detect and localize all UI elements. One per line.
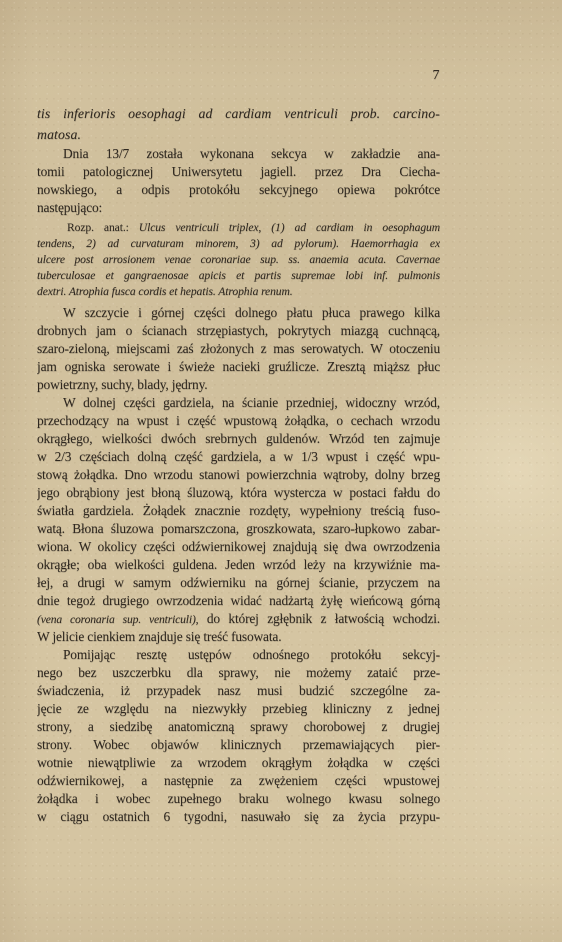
text-segment: odźwiernikowej, a następnie za zwężeniem… — [37, 773, 440, 788]
text-segment: strony, a siedzibę anatomiczną sprawy ch… — [37, 719, 440, 734]
text-line: Pomijając resztę ustępów odnośnego proto… — [37, 646, 440, 664]
text-line: przechodzący na wpust i część wpustową ż… — [37, 412, 440, 430]
text-segment: Dnia 13/7 została wykonana sekcya w zakł… — [63, 146, 440, 161]
text-line: szaro-zieloną, miejscami zaś złożonych z… — [37, 340, 440, 358]
text-segment: W jelicie cienkiem znajduje się treść fu… — [37, 629, 281, 644]
paragraph: W szczycie i górnej części dolnego płatu… — [37, 304, 440, 394]
text-line: Rozp. anat.: Ulcus ventriculi triplex, (… — [37, 220, 440, 236]
text-segment: nowskiego, a odpis protokółu sekcyjnego … — [37, 182, 440, 197]
text-segment: strony. Wobec objawów klinicznych przema… — [37, 737, 440, 752]
text-segment: watą. Błona śluzowa pomarszczona, groszk… — [37, 521, 440, 536]
text-segment: powietrzny, suchy, blady, jędrny. — [37, 377, 207, 392]
text-line: wotnie niewątpliwie za wrzodem okrągłym … — [37, 754, 440, 772]
text-line: tis inferioris oesophagi ad cardiam vent… — [37, 103, 440, 124]
text-segment: W dolnej części gardziela, na ścianie pr… — [63, 395, 440, 410]
text-segment: dnie tegoż drugiego owrzodzenia widać na… — [37, 593, 440, 608]
text-line: w ciągu ostatnich 6 tygodni, nasuwało si… — [37, 808, 440, 826]
text-line: strony, a siedzibę anatomiczną sprawy ch… — [37, 718, 440, 736]
text-line: odźwiernikowej, a następnie za zwężeniem… — [37, 772, 440, 790]
text-segment: tomii patologicznej Uniwersytetu jagiell… — [37, 164, 440, 179]
text-segment: W szczycie i górnej części dolnego płatu… — [63, 305, 440, 320]
text-segment: jego obrąbiony jest błoną śluzową, która… — [37, 485, 440, 500]
text-line: watą. Błona śluzowa pomarszczona, groszk… — [37, 520, 440, 538]
text-segment: do której zgłębnik z łatwością wchodzi. — [198, 611, 440, 626]
text-segment: jęcie ze względu na niezwykły przebieg k… — [37, 701, 440, 716]
text-line: powietrzny, suchy, blady, jędrny. — [37, 376, 440, 394]
text-segment: okrągłe; oba wielkości guldena. Jeden wr… — [37, 557, 440, 572]
text-block: tis inferioris oesophagi ad cardiam vent… — [37, 103, 440, 826]
text-line: jego obrąbiony jest błoną śluzową, która… — [37, 484, 440, 502]
text-line: dextri. Atrophia fusca cordis et hepatis… — [37, 284, 440, 300]
text-line: żołądka i wobec zupełnego braku wolnego … — [37, 790, 440, 808]
text-segment: łej, a drugi w samym odźwierniku na górn… — [37, 575, 440, 590]
text-segment: w 2/3 częściach dolną część gardziela, a… — [37, 449, 440, 464]
text-segment: tuberculosae et gangraenosae apicis et p… — [37, 269, 440, 282]
text-line: okrągłego, wielkości dwóch srebrnych gul… — [37, 430, 440, 448]
text-line: następująco: — [37, 199, 440, 217]
text-line: dnie tegoż drugiego owrzodzenia widać na… — [37, 592, 440, 610]
paragraph: Rozp. anat.: Ulcus ventriculi triplex, (… — [37, 220, 440, 300]
paragraph: Dnia 13/7 została wykonana sekcya w zakł… — [37, 145, 440, 217]
text-line: jam ogniska serowate i świeże nacieki gr… — [37, 358, 440, 376]
text-line: jęcie ze względu na niezwykły przebieg k… — [37, 700, 440, 718]
text-segment: drobnych jam o ścianach strzępiastych, p… — [37, 323, 440, 338]
text-line: (vena coronaria sup. ventriculi), do któ… — [37, 610, 440, 628]
text-segment: świadczenia, iż przypadek nasz musi budz… — [37, 683, 440, 698]
text-line: wiona. W okolicy części odźwiernikowej z… — [37, 538, 440, 556]
page-number: 7 — [37, 68, 440, 84]
text-segment: matosa. — [37, 127, 81, 142]
text-segment: (vena coronaria sup. ventriculi), — [37, 613, 198, 626]
text-line: W szczycie i górnej części dolnego płatu… — [37, 304, 440, 322]
text-segment: nego bez uszczerbku dla sprawy, nie może… — [37, 665, 440, 680]
paragraph: Pomijając resztę ustępów odnośnego proto… — [37, 646, 440, 826]
text-segment: następująco: — [37, 200, 102, 215]
text-line: tomii patologicznej Uniwersytetu jagiell… — [37, 163, 440, 181]
text-segment: Rozp. anat.: — [67, 221, 139, 234]
text-segment: tendens, 2) ad curvaturam minorem, 3) ad… — [37, 237, 440, 250]
paragraph: tis inferioris oesophagi ad cardiam vent… — [37, 103, 440, 145]
text-line: tuberculosae et gangraenosae apicis et p… — [37, 268, 440, 284]
text-segment: okrągłego, wielkości dwóch srebrnych gul… — [37, 431, 440, 446]
text-segment: ulcere post arrosionem venae coronariae … — [37, 253, 440, 266]
text-segment: wiona. W okolicy części odźwiernikowej z… — [37, 539, 440, 554]
text-line: nego bez uszczerbku dla sprawy, nie może… — [37, 664, 440, 682]
text-line: świadczenia, iż przypadek nasz musi budz… — [37, 682, 440, 700]
text-line: nowskiego, a odpis protokółu sekcyjnego … — [37, 181, 440, 199]
text-segment: tis inferioris oesophagi ad cardiam vent… — [37, 106, 440, 121]
scanned-book-page: 7 tis inferioris oesophagi ad cardiam ve… — [0, 0, 562, 942]
text-segment: w ciągu ostatnich 6 tygodni, nasuwało si… — [37, 809, 440, 824]
text-line: drobnych jam o ścianach strzępiastych, p… — [37, 322, 440, 340]
text-line: w 2/3 częściach dolną część gardziela, a… — [37, 448, 440, 466]
text-segment: wotnie niewątpliwie za wrzodem okrągłym … — [37, 755, 440, 770]
text-segment: Pomijając resztę ustępów odnośnego proto… — [63, 647, 440, 662]
text-segment: jam ogniska serowate i świeże nacieki gr… — [37, 359, 440, 374]
text-segment: dextri. Atrophia fusca cordis et hepatis… — [37, 285, 293, 298]
text-segment: stową żołądka. Dno wrzodu stanowi powier… — [37, 467, 440, 482]
text-line: ulcere post arrosionem venae coronariae … — [37, 252, 440, 268]
text-line: W jelicie cienkiem znajduje się treść fu… — [37, 628, 440, 646]
paragraph: W dolnej części gardziela, na ścianie pr… — [37, 394, 440, 646]
text-line: stową żołądka. Dno wrzodu stanowi powier… — [37, 466, 440, 484]
text-line: tendens, 2) ad curvaturam minorem, 3) ad… — [37, 236, 440, 252]
text-line: Dnia 13/7 została wykonana sekcya w zakł… — [37, 145, 440, 163]
text-line: światła gardziela. Żołądek znacznie rozd… — [37, 502, 440, 520]
text-segment: żołądka i wobec zupełnego braku wolnego … — [37, 791, 440, 806]
text-line: strony. Wobec objawów klinicznych przema… — [37, 736, 440, 754]
text-segment: światła gardziela. Żołądek znacznie rozd… — [37, 503, 440, 518]
text-segment: szaro-zieloną, miejscami zaś złożonych z… — [37, 341, 440, 356]
text-segment: przechodzący na wpust i część wpustową ż… — [37, 413, 440, 428]
text-segment: Ulcus ventriculi triplex, (1) ad cardiam… — [139, 221, 440, 234]
text-line: W dolnej części gardziela, na ścianie pr… — [37, 394, 440, 412]
text-line: okrągłe; oba wielkości guldena. Jeden wr… — [37, 556, 440, 574]
text-line: matosa. — [37, 124, 440, 145]
text-line: łej, a drugi w samym odźwierniku na górn… — [37, 574, 440, 592]
